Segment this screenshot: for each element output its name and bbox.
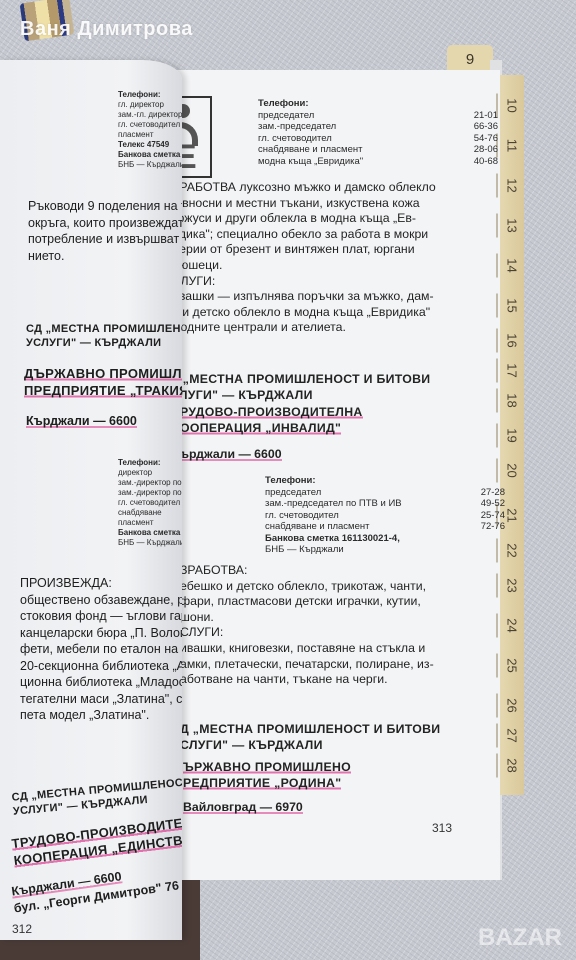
phone-row: зам.-председател по ПТВ и ИВ49-52 (265, 498, 505, 510)
phones-label: Телефони: (265, 475, 505, 487)
phone-number: 28-06 (474, 144, 498, 156)
bank-account: Банкова сметка 161130021-4, (265, 533, 505, 545)
bank-branch: БНБ — Кърджали (118, 160, 182, 170)
phone-role: председател (258, 110, 314, 122)
sd-lines: Д „МЕСТНА ПРОМИШЛЕНОСТ И БИТОВИСЛУГИ" — … (170, 372, 430, 403)
text-line: зам.-гл. директор (118, 110, 182, 120)
phone-number: 72-76 (481, 521, 505, 533)
right-sd-1: Д „МЕСТНА ПРОМИШЛЕНОСТ И БИТОВИСЛУГИ" — … (170, 372, 430, 403)
text-line: лерии от брезент и винтяжен плат, юргани (172, 242, 436, 258)
page-number-left: 312 (12, 922, 32, 936)
index-tab-18: 18 (497, 389, 528, 413)
text-line: шони. (180, 610, 434, 626)
text-line: канцеларски бюра „П. Волов", шкаф (20, 625, 182, 642)
telex: Телекс 47549 (118, 140, 182, 150)
text-line: ДЪРЖАВНО ПРОМИШЛЕНО (24, 365, 182, 382)
text-line: РЕДПРИЯТИЕ „РОДИНА" (183, 776, 351, 792)
index-tab-15: 15 (497, 294, 528, 318)
text-line: пласмент (118, 518, 182, 528)
text-line: дюшеци. (172, 258, 436, 274)
text-line: модните централи и ателиета. (172, 320, 436, 336)
bank-label: Банкова сметка 1 (118, 528, 182, 538)
enterprise-lines: ТРУДОВО-ПРОИЗВОДИТЕЛНАКООПЕРАЦИЯ „ЕДИНСТ… (11, 811, 182, 869)
sd-lines: СД „МЕСТНА ПРОМИШЛЕНОСТ И БУСЛУГИ" — КЪР… (11, 773, 182, 818)
phone-number: 40-68 (474, 156, 498, 168)
phone-number: 66-36 (474, 121, 498, 133)
phone-row: гл. счетоводител25-74 (265, 510, 505, 522)
phone-role: зам.-председател по ПТВ и ИВ (265, 498, 402, 510)
text-line: обществено обзавеждане, разпреде (20, 592, 182, 609)
left-phones-2: Телефони: директорзам.-директор по ПТзам… (118, 458, 182, 548)
text-line: ивашки — изпълнява поръчки за мъжко, дам… (172, 289, 436, 305)
phone-number: 54-76 (474, 133, 498, 145)
right-phones-1: Телефони: председател21-01зам.-председат… (258, 98, 498, 167)
makes-label: ЗРАБОТВА: (180, 563, 434, 579)
text-line: ционна библиотека „Младост" (20, 674, 182, 691)
highlighted-text: РУДОВО-ПРОИЗВОДИТЕЛНА (180, 405, 363, 419)
text-line: потребление и извършват услуг (28, 231, 182, 248)
left-city-2: Кърджали — 6600 бул. „Георги Димитров" 7… (11, 861, 180, 917)
phones-label: Телефони: (258, 98, 498, 110)
phone-number: 25-74 (481, 510, 505, 522)
makes-text: ебешко и детско облекло, трикотаж, чанти… (180, 579, 434, 626)
text-line: УСЛУГИ" — КЪРДЖАЛИ (26, 336, 182, 350)
index-tab-16: 16 (497, 329, 528, 353)
phone-row: зам.-председател66-36 (258, 121, 498, 133)
index-tab-12: 12 (497, 174, 528, 198)
phone-role: гл. счетоводител (265, 510, 339, 522)
text-line: директор (118, 468, 182, 478)
text-line: СД „МЕСТНА ПРОМИШЛЕНОСТ И БИ (26, 322, 182, 336)
text-line: идика"; специално обекло за работа в мок… (172, 227, 436, 243)
phone-role: модна къща „Евридика" (258, 156, 363, 168)
phones-list: председател21-01зам.-председател66-36гл.… (258, 110, 498, 168)
phone-row: гл. счетоводител54-76 (258, 133, 498, 145)
text-line: СЛУГИ" — КЪРДЖАЛИ (180, 738, 440, 754)
site-watermark: BAZAR (478, 924, 562, 952)
text-line: пета модел „Златина". (20, 707, 182, 724)
text-line: амки, плетачески, печатарски, полиране, … (180, 657, 434, 673)
services-text: ивашки — изпълнява поръчки за мъжко, дам… (172, 289, 436, 336)
phones-list: председател27-28зам.-председател по ПТВ … (265, 487, 505, 533)
right-sd-2: Д „МЕСТНА ПРОМИШЛЕНОСТ И БИТОВИСЛУГИ" — … (180, 722, 440, 753)
text-line: зам.-директор по ИВ (118, 488, 182, 498)
left-city-1: Кърджали — 6600 (26, 413, 137, 430)
text-line: Д „МЕСТНА ПРОМИШЛЕНОСТ И БИТОВИ (170, 372, 430, 388)
left-phones-top: Телефони: гл. директорзам.-гл. директорг… (118, 90, 182, 170)
phone-role: зам.-председател (258, 121, 336, 133)
bank-branch: БНБ — Кърджали (118, 538, 182, 548)
phone-number: 27-28 (481, 487, 505, 499)
highlighted-text: ЪРЖАВНО ПРОМИШЛЕНО (183, 760, 351, 774)
right-phones-2: Телефони: председател27-28зам.-председат… (265, 475, 505, 556)
text-line: аботване на чанти, тъкане на черги. (180, 672, 434, 688)
phone-role: снабдяване и пласмент (265, 521, 369, 533)
phone-role: председател (265, 487, 321, 499)
left-produces: ПРОИЗВЕЖДА: обществено обзавеждане, разп… (20, 575, 182, 724)
phone-row: снабдяване и пласмент28-06 (258, 144, 498, 156)
left-enterprise-1: ДЪРЖАВНО ПРОМИШЛЕНОПРЕДПРИЯТИЕ „ТРАКИЯ" (24, 365, 182, 399)
page-number-right: 313 (432, 821, 452, 835)
phone-number: 21-01 (474, 110, 498, 122)
text-line: Ръководи 9 поделения на тер (28, 198, 182, 215)
text-line: ПРЕДПРИЯТИЕ „ТРАКИЯ" (24, 382, 182, 399)
highlighted-text: ДЪРЖАВНО ПРОМИШЛЕНО (24, 366, 182, 381)
intro-text: Ръководи 9 поделения на терокръга, които… (28, 198, 182, 264)
sd-lines: Д „МЕСТНА ПРОМИШЛЕНОСТ И БИТОВИСЛУГИ" — … (180, 722, 440, 753)
phone-number: 49-52 (481, 498, 505, 510)
index-tab-13: 13 (497, 214, 528, 238)
text-line: п вносни и местни тъкани, изкуствена кож… (172, 196, 436, 212)
right-makes-1: ЗРАБОТВА луксозно мъжко и дамско облекло… (172, 180, 436, 336)
right-makes-2: ЗРАБОТВА: ебешко и детско облекло, трико… (180, 563, 434, 688)
left-intro: Ръководи 9 поделения на терокръга, които… (28, 198, 182, 264)
text-line: ЗРАБОТВА луксозно мъжко и дамско облекло (172, 180, 436, 196)
enterprise-lines: ДЪРЖАВНО ПРОМИШЛЕНОПРЕДПРИЯТИЕ „ТРАКИЯ" (24, 365, 182, 399)
index-tab-17: 17 (497, 359, 528, 383)
right-enterprise-1: РУДОВО-ПРОИЗВОДИТЕЛНАООПЕРАЦИЯ „ИНВАЛИД" (180, 405, 363, 436)
text-line: ивашки, книговезки, поставяне на стъкла … (180, 641, 434, 657)
makes-text: ЗРАБОТВА луксозно мъжко и дамско облекло… (172, 180, 436, 274)
phones-label: Телефони: (118, 458, 182, 468)
text-line: Д „МЕСТНА ПРОМИШЛЕНОСТ И БИТОВИ (180, 722, 440, 738)
text-line: гл. директор (118, 100, 182, 110)
text-line: ебешко и детско облекло, трикотаж, чанти… (180, 579, 434, 595)
left-enterprise-2: ТРУДОВО-ПРОИЗВОДИТЕЛНАКООПЕРАЦИЯ „ЕДИНСТ… (11, 811, 182, 869)
index-tab-11: 11 (497, 134, 528, 158)
index-tab-10: 10 (497, 94, 528, 118)
text-line: нието. (28, 248, 182, 265)
text-line: гл. счетоводител (118, 498, 182, 508)
city-text: Вайловград — 6970 (183, 800, 303, 814)
text-line: СЛУГИ" — КЪРДЖАЛИ (170, 388, 430, 404)
index-tab-19: 19 (497, 424, 528, 448)
text-line: снабдяване (118, 508, 182, 518)
bank-branch: БНБ — Кърджали (265, 544, 505, 556)
index-tab-24: 24 (497, 614, 528, 638)
left-sd-1: СД „МЕСТНА ПРОМИШЛЕНОСТ И БИУСЛУГИ" — КЪ… (26, 322, 182, 350)
text-line: 20-секционна библиотека „Ардино" (20, 658, 182, 675)
text-line: фари, пластмасови детски играчки, кутии, (180, 594, 434, 610)
phone-row: председател21-01 (258, 110, 498, 122)
services-text: ивашки, книговезки, поставяне на стъкла … (180, 641, 434, 688)
phone-row: модна къща „Евридика"40-68 (258, 156, 498, 168)
phones-list: директорзам.-директор по ПТзам.-директор… (118, 468, 182, 528)
index-tab-28: 28 (497, 754, 528, 778)
city-text: ърджали — 6600 (180, 447, 282, 461)
text-line: кожуси и други облекла в модна къща „Ев- (172, 211, 436, 227)
index-tab-26: 26 (497, 694, 528, 718)
text-line: пласмент (118, 130, 182, 140)
right-enterprise-2: ЪРЖАВНО ПРОМИШЛЕНОРЕДПРИЯТИЕ „РОДИНА" (183, 760, 351, 791)
highlighted-text: РЕДПРИЯТИЕ „РОДИНА" (183, 776, 341, 790)
produces-label: ПРОИЗВЕЖДА: (20, 575, 182, 592)
text-line: ЪРЖАВНО ПРОМИШЛЕНО (183, 760, 351, 776)
right-city-2: Вайловград — 6970 (183, 800, 303, 816)
enterprise-lines: ЪРЖАВНО ПРОМИШЛЕНОРЕДПРИЯТИЕ „РОДИНА" (183, 760, 351, 791)
index-tab-top: 9 (447, 45, 493, 73)
left-page: Телефони: гл. директорзам.-гл. директорг… (0, 60, 182, 940)
bank-label: Банкова сметка (118, 150, 182, 160)
index-tab-14: 14 (497, 254, 528, 278)
right-city-1: ърджали — 6600 (180, 447, 282, 463)
phones-list: гл. директорзам.-гл. директоргл. счетово… (118, 100, 182, 140)
text-line: тегателни маси „Златина", сто (20, 691, 182, 708)
index-tab-23: 23 (497, 574, 528, 598)
highlighted-text: ООПЕРАЦИЯ „ИНВАЛИД" (180, 421, 341, 435)
highlighted-text: ПРЕДПРИЯТИЕ „ТРАКИЯ" (24, 383, 182, 398)
services-label: СЛУГИ: (172, 274, 436, 290)
seller-watermark: Ваня Димитрова (20, 18, 193, 41)
phone-row: председател27-28 (265, 487, 505, 499)
services-label: СЛУГИ: (180, 625, 434, 641)
phone-role: гл. счетоводител (258, 133, 332, 145)
text-line: о и детско облекло в модна къща „Евридик… (172, 305, 436, 321)
text-line: фети, мебели по еталон на чеш (20, 641, 182, 658)
text-line: зам.-директор по ПТ (118, 478, 182, 488)
text-line: ООПЕРАЦИЯ „ИНВАЛИД" (180, 421, 363, 437)
phone-role: снабдяване и пласмент (258, 144, 362, 156)
enterprise-lines: РУДОВО-ПРОИЗВОДИТЕЛНАООПЕРАЦИЯ „ИНВАЛИД" (180, 405, 363, 436)
produces-text: обществено обзавеждане, разпредестоковия… (20, 592, 182, 724)
phone-row: снабдяване и пласмент72-76 (265, 521, 505, 533)
text-line: окръга, които произвеждат сто (28, 215, 182, 232)
city-text: Кърджали — 6600 (26, 414, 137, 428)
text-line: гл. счетоводител (118, 120, 182, 130)
text-line: РУДОВО-ПРОИЗВОДИТЕЛНА (180, 405, 363, 421)
index-tab-25: 25 (497, 654, 528, 678)
text-line: стоковия фонд — ъглови гарни (20, 608, 182, 625)
left-sd-2: СД „МЕСТНА ПРОМИШЛЕНОСТ И БУСЛУГИ" — КЪР… (11, 773, 182, 818)
sd-lines: СД „МЕСТНА ПРОМИШЛЕНОСТ И БИУСЛУГИ" — КЪ… (26, 322, 182, 350)
phones-label: Телефони: (118, 90, 182, 100)
index-tab-27: 27 (497, 724, 528, 748)
